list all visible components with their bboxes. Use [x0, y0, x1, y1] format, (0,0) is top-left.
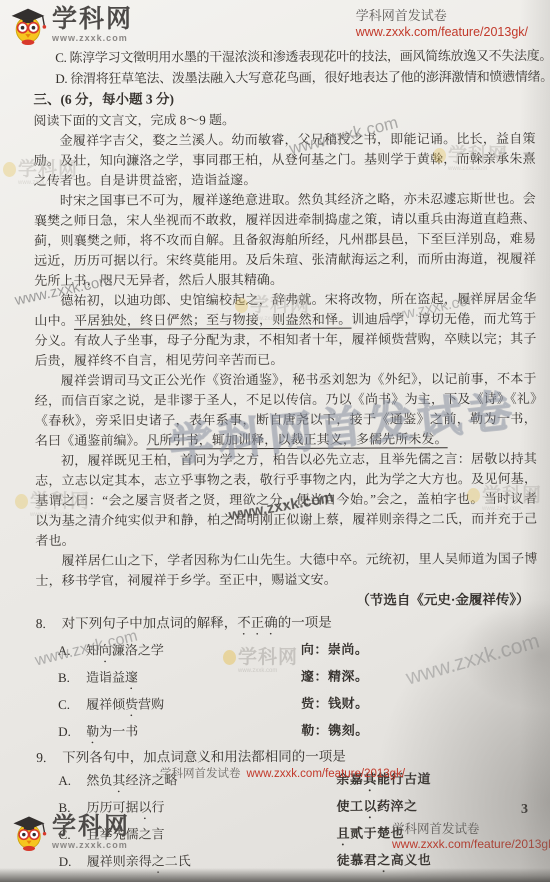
passage-paragraph-3: 德祐初，以迪功郎、史馆编校起之，辞弗就。宋将改物，所在盗起，履祥屏居金华山中。平… [34, 289, 536, 371]
dotted-char: 邃 [125, 670, 138, 685]
q8-option-b-gloss: 邃：精深。 [301, 665, 369, 692]
question-8: 8.对下列句子中加点词的解释，不正确的一项是 A. 知向濂洛之学 向：崇尚。 B… [36, 611, 539, 747]
section-heading: 三、(6 分，每小题 3 分) [33, 87, 535, 110]
passage-paragraph-5: 初，履祥既见王柏，首问为学之方，柏告以必先立志，且举先儒之言：居敬以持其志，立志… [35, 449, 537, 551]
passage-paragraph-2: 时宋之国事已不可为，履祥遂绝意进取。然负其经济之略，亦未忍遽忘斯世也。会襄樊之师… [34, 189, 536, 291]
header-feature-url: www.zxxk.com/feature/2013gk/ [356, 24, 528, 40]
dotted-char: 向 [99, 643, 112, 658]
dotted-char: 其 [112, 773, 125, 788]
q8-option-c: C. 履祥倾赀营购 赀：钱财。 [36, 691, 538, 720]
passage-paragraph-6: 履祥居仁山之下，学者因称为仁山先生。大德中卒。元统初，里人吴师道为国子博士，移书… [35, 549, 537, 591]
q8-option-a-gloss: 向：崇尚。 [301, 638, 369, 665]
passage-intro: 阅读下面的文言文，完成 8～9 题。 [33, 108, 535, 131]
q9-option-a: A. 然负其经济之略 余嘉其能行古道 [36, 767, 538, 796]
question-8-stem: 8.对下列句子中加点词的解释，不正确的一项是 [36, 611, 538, 639]
footer-brand-name: 学科网 [52, 815, 130, 839]
brand-name: 学科网 [52, 7, 133, 32]
question-9-stem: 9.下列各句中，加点词意义和用法都相同的一项是 [36, 745, 538, 769]
document-body: C. 陈淳学习文徵明用水墨的干湿浓淡和渗透表现花叶的技法，画风简练放逸又不失法度… [0, 45, 550, 877]
dotted-word: 不正确 [237, 615, 278, 630]
footer-brand-site-url: www.zxxk.com [52, 841, 130, 850]
mascot-icon [8, 4, 48, 46]
page-number: 3 [521, 802, 528, 818]
q8-option-d: D. 勒为一书 勒：镌刻。 [36, 718, 538, 747]
page-footer: 学科网 www.zxxk.com 学科网首发试卷 www.zxxk.com/fe… [10, 812, 550, 868]
header-banner-text: 学科网首发试卷 [356, 8, 528, 24]
dotted-char: 勒 [86, 724, 99, 739]
page-header: 学科网 www.zxxk.com 学科网首发试卷 www.zxxk.com/fe… [8, 4, 538, 48]
passage-paragraph-4: 履祥尝谓司马文正公光作《资治通鉴》，秘书丞刘恕为《外纪》，以记前事，不本于经，而… [35, 369, 537, 451]
dotted-char: 赀 [125, 697, 138, 712]
question-8-number: 8. [36, 613, 62, 639]
q8-option-b: B. 造诣益邃 邃：精深。 [36, 664, 538, 693]
q8-option-c-gloss: 赀：钱财。 [301, 692, 369, 719]
scanned-exam-page: 学科网 www.zxxk.com 学科网首发试卷 www.zxxk.com/fe… [0, 0, 550, 882]
q8-option-a: A. 知向濂洛之学 向：崇尚。 [36, 637, 538, 666]
footer-feature-url: www.zxxk.com/feature/2013gk/ [392, 837, 550, 852]
underlined-phrase-1: 平居独处，终日俨然；至与物接，则盎然和怿。 [74, 312, 352, 328]
q8-option-d-gloss: 勒：镌刻。 [301, 719, 369, 746]
mascot-icon [10, 812, 48, 852]
footer-banner-text: 学科网首发试卷 [392, 822, 550, 837]
passage-paragraph-1: 金履祥字吉父，婺之兰溪人。幼而敏睿，父兄稍授之书，即能记诵。比长，益自策励。及壮… [34, 129, 536, 191]
dotted-char: 其 [363, 772, 377, 787]
passage-source: （节选自《元史·金履祥传》） [36, 589, 538, 613]
mc-option-c: C. 陈淳学习文徵明用水墨的干湿浓淡和渗透表现花叶的技法，画风简练放逸又不失法度… [33, 45, 535, 68]
mc-option-d: D. 徐渭将狂草笔法、泼墨法融入大写意花鸟画，很好地表达了他的澎湃激情和愤懑情绪… [33, 66, 535, 89]
question-9-number: 9. [36, 747, 62, 769]
brand-site-url: www.zxxk.com [52, 34, 133, 43]
underlined-phrase-2: 凡所引书，辄加训释，以裁正其义，多儒先所未发。 [146, 431, 447, 447]
